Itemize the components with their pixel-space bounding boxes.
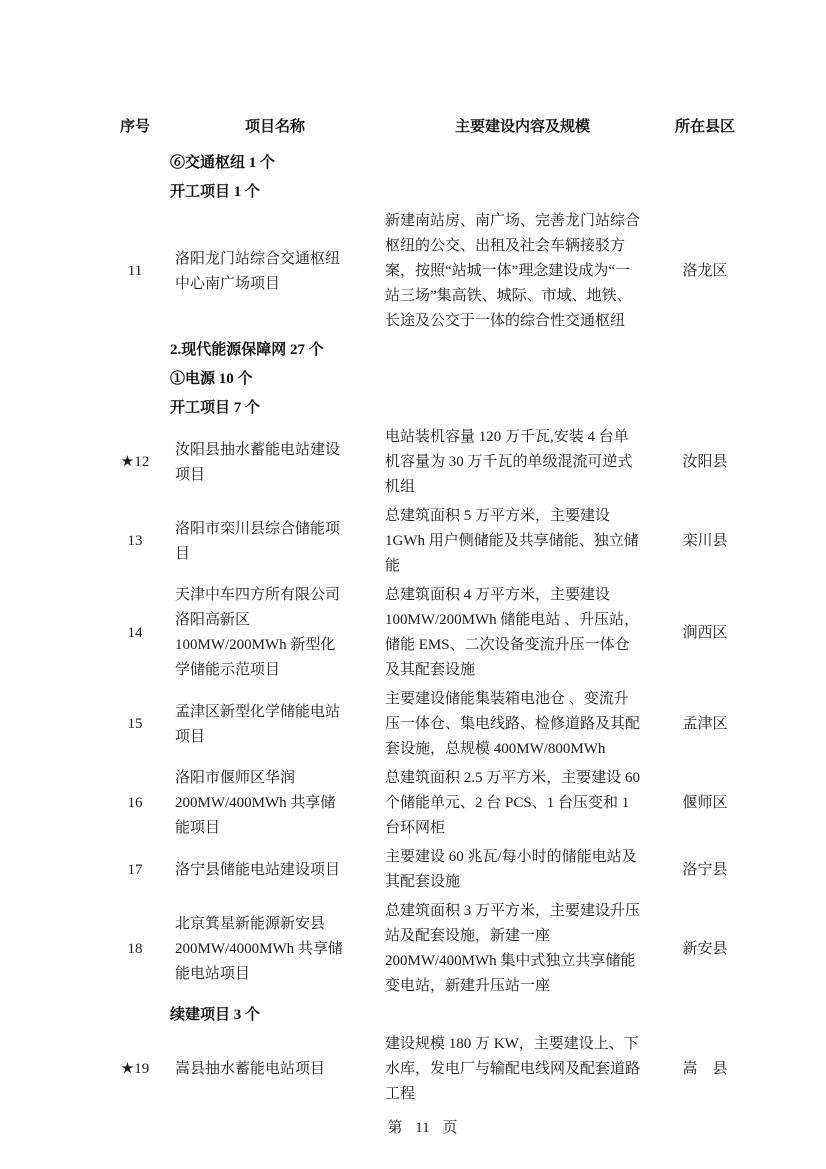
row-serial-number: 13 [100,502,170,581]
header-project-name: 项目名称 [170,116,380,149]
row-project-name: 洛阳市偃师区华润 200MW/400MWh 共享储能项目 [170,764,380,843]
table-row: 11 洛阳龙门站综合交通枢纽中心南广场项目 新建南站房、南广场、完善龙门站综合枢… [100,207,745,336]
section-heading: 开工项目 7 个 [100,394,745,423]
row-project-name: 洛阳龙门站综合交通枢纽中心南广场项目 [170,207,380,336]
table-header-row: 序号 项目名称 主要建设内容及规模 所在县区 [100,116,745,149]
row-district: 汝阳县 [665,423,745,502]
project-table: 序号 项目名称 主要建设内容及规模 所在县区 ⑥交通枢纽 1 个 开工项目 1 … [100,116,745,1109]
section-row-power-source: ①电源 10 个 [100,365,745,394]
header-construction-content: 主要建设内容及规模 [380,116,665,149]
row-construction-content: 电站装机容量 120 万千瓦,安装 4 台单机容量为 30 万千瓦的单级混流可逆… [380,423,665,502]
row-project-name: 洛宁县储能电站建设项目 [170,843,380,897]
row-construction-content: 总建筑面积 2.5 万平方米，主要建设 60 个储能单元、2 台 PCS、1 台… [380,764,665,843]
section-heading: ①电源 10 个 [100,365,745,394]
table-row: ★12 汝阳县抽水蓄能电站建设项目 电站装机容量 120 万千瓦,安装 4 台单… [100,423,745,502]
row-project-name: 天津中车四方所有限公司洛阳高新区 100MW/200MWh 新型化学储能示范项目 [170,581,380,685]
row-district: 孟津区 [665,685,745,764]
row-serial-number: 16 [100,764,170,843]
row-serial-number: 11 [100,207,170,336]
section-heading: 开工项目 1 个 [100,178,745,207]
row-project-name: 嵩县抽水蓄能电站项目 [170,1030,380,1109]
row-serial-number: 14 [100,581,170,685]
row-serial-number: ★19 [100,1030,170,1109]
document-page: 序号 项目名称 主要建设内容及规模 所在县区 ⑥交通枢纽 1 个 开工项目 1 … [0,0,826,1169]
section-row-energy-network: 2.现代能源保障网 27 个 [100,336,745,365]
row-district: 栾川县 [665,502,745,581]
row-project-name: 孟津区新型化学储能电站项目 [170,685,380,764]
section-row-new-start-1: 开工项目 1 个 [100,178,745,207]
table-row: ★19 嵩县抽水蓄能电站项目 建设规模 180 万 KW，主要建设上、下水库，发… [100,1030,745,1109]
section-row-continued-3: 续建项目 3 个 [100,1001,745,1030]
row-district: 洛宁县 [665,843,745,897]
row-project-name: 汝阳县抽水蓄能电站建设项目 [170,423,380,502]
row-construction-content: 总建筑面积 4 万平方米，主要建设 100MW/200MWh 储能电站 、升压站… [380,581,665,685]
section-heading: 2.现代能源保障网 27 个 [100,336,745,365]
row-district: 涧西区 [665,581,745,685]
table-row: 13 洛阳市栾川县综合储能项目 总建筑面积 5 万平方米，主要建设 1GWh 用… [100,502,745,581]
section-heading: ⑥交通枢纽 1 个 [100,149,745,178]
row-district: 洛龙区 [665,207,745,336]
row-construction-content: 总建筑面积 5 万平方米，主要建设 1GWh 用户侧储能及共享储能、独立储能 [380,502,665,581]
row-project-name: 北京箕星新能源新安县 200MW/4000MWh 共享储能电站项目 [170,897,380,1001]
page-number-footer: 第 11 页 [100,1117,745,1140]
table-row: 15 孟津区新型化学储能电站项目 主要建设储能集装箱电池仓 、变流升压一体仓、集… [100,685,745,764]
header-serial-number: 序号 [100,116,170,149]
row-district: 新安县 [665,897,745,1001]
section-row-transport-hub: ⑥交通枢纽 1 个 [100,149,745,178]
table-row: 18 北京箕星新能源新安县 200MW/4000MWh 共享储能电站项目 总建筑… [100,897,745,1001]
header-district: 所在县区 [665,116,745,149]
row-serial-number: 17 [100,843,170,897]
row-construction-content: 建设规模 180 万 KW，主要建设上、下水库，发电厂与输配电线网及配套道路工程 [380,1030,665,1109]
row-construction-content: 新建南站房、南广场、完善龙门站综合枢纽的公交、出租及社会车辆接驳方案，按照“站城… [380,207,665,336]
row-district: 偃师区 [665,764,745,843]
table-row: 14 天津中车四方所有限公司洛阳高新区 100MW/200MWh 新型化学储能示… [100,581,745,685]
row-project-name: 洛阳市栾川县综合储能项目 [170,502,380,581]
section-heading: 续建项目 3 个 [100,1001,745,1030]
table-row: 17 洛宁县储能电站建设项目 主要建设 60 兆瓦/每小时的储能电站及其配套设施… [100,843,745,897]
row-construction-content: 主要建设 60 兆瓦/每小时的储能电站及其配套设施 [380,843,665,897]
table-row: 16 洛阳市偃师区华润 200MW/400MWh 共享储能项目 总建筑面积 2.… [100,764,745,843]
row-serial-number: 15 [100,685,170,764]
row-serial-number: ★12 [100,423,170,502]
row-construction-content: 总建筑面积 3 万平方米，主要建设升压站及配套设施，新建一座 200MW/400… [380,897,665,1001]
row-serial-number: 18 [100,897,170,1001]
row-district: 嵩 县 [665,1030,745,1109]
section-row-new-start-7: 开工项目 7 个 [100,394,745,423]
row-construction-content: 主要建设储能集装箱电池仓 、变流升压一体仓、集电线路、检修道路及其配套设施，总规… [380,685,665,764]
